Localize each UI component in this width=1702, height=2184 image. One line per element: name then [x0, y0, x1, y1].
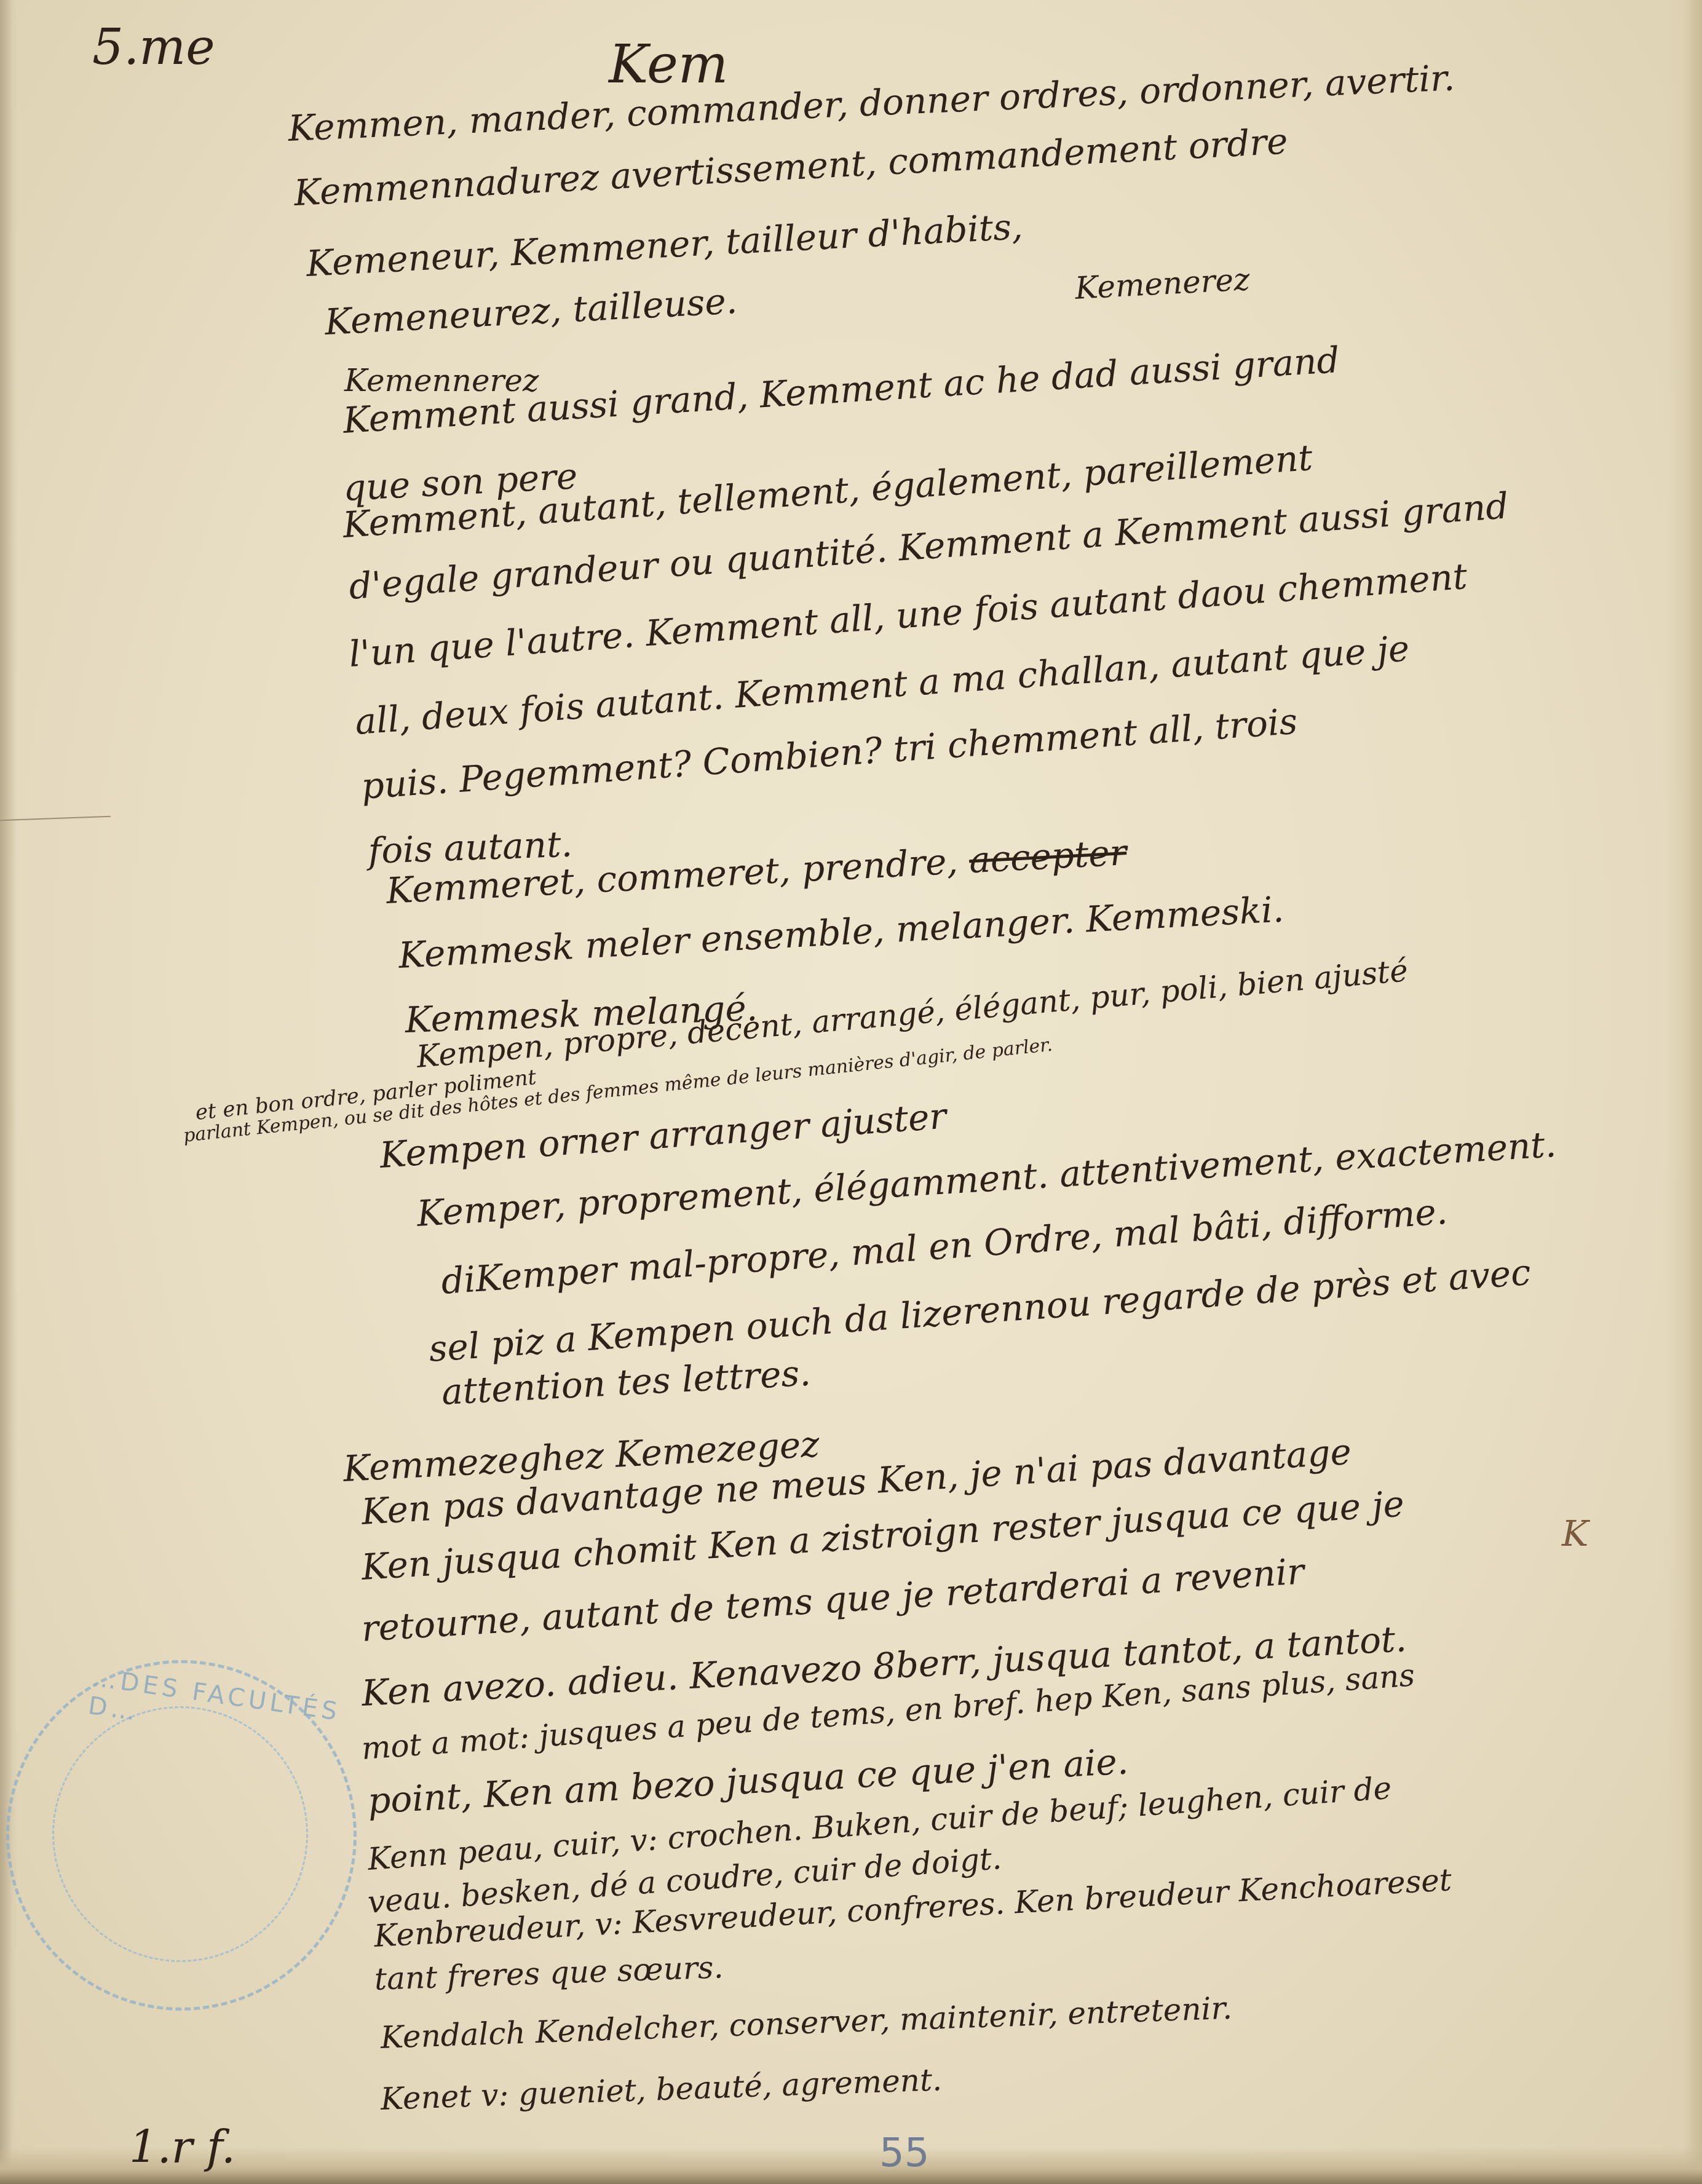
entry-line: Kemeneurez, tailleuse. — [323, 280, 738, 343]
struck-word: accepter — [968, 831, 1128, 881]
entry-line-insert: Kemenerez — [1074, 261, 1251, 306]
entry-line: Kendalch Kendelcher, conserver, mainteni… — [380, 1990, 1233, 2055]
page-heading: Kem — [609, 34, 728, 95]
library-stamp: …DES FACULTÉS D… — [6, 1660, 357, 2011]
entry-line: Kemeneur, Kemmener, tailleur d'habits, — [305, 205, 1024, 285]
entry-line: tant freres que sœurs. — [374, 1949, 724, 1997]
folio-mark-top: 5.me — [92, 18, 215, 76]
manuscript-page: 5.me Kem Kemmen, mander, commander, donn… — [0, 0, 1702, 2184]
page-bottom-edge — [0, 2147, 1702, 2184]
entry-line: Kemment aussi grand, Kemment ac he dad a… — [342, 339, 1341, 441]
folio-mark-bottom: 1.r f. — [129, 2121, 236, 2173]
margin-insert: K — [1562, 1513, 1588, 1554]
page-right-edge — [1665, 0, 1702, 2184]
entry-line: Kenet v: gueniet, beauté, agrement. — [380, 2062, 943, 2117]
pencil-page-number: 55 — [879, 2131, 929, 2176]
